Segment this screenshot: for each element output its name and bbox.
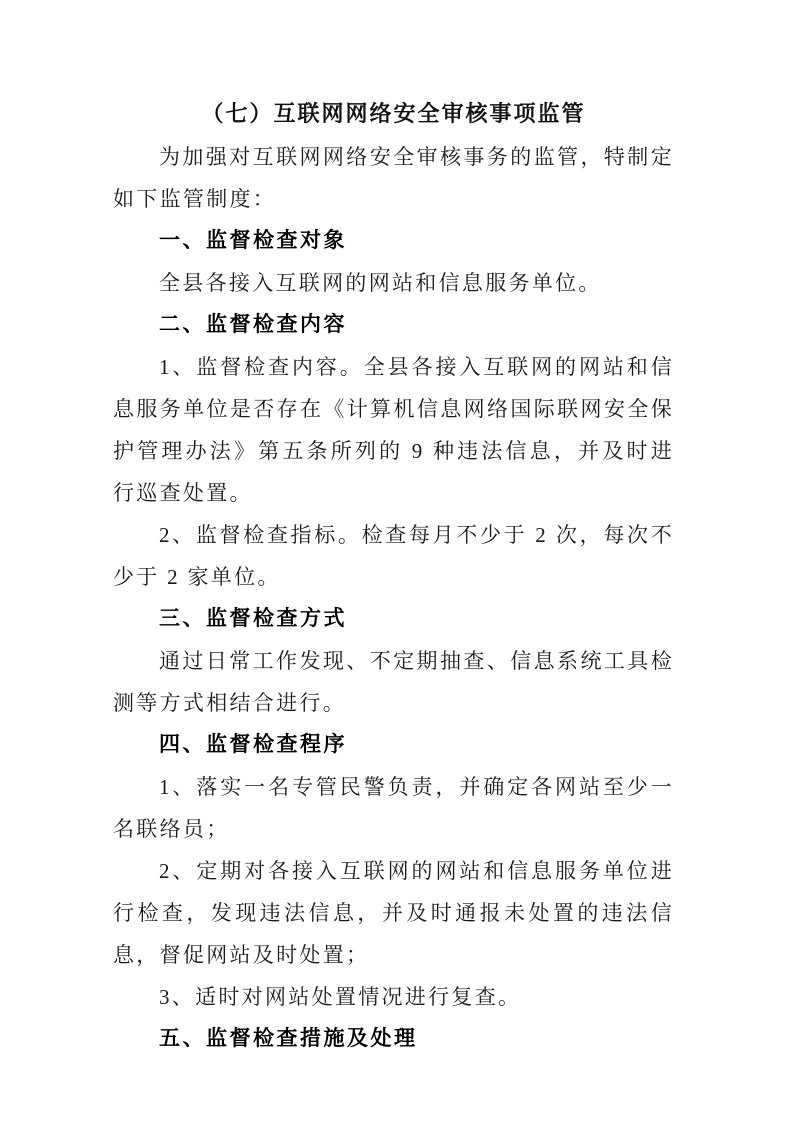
document-content: （七）互联网网络安全审核事项监管 为加强对互联网网络安全审核事务的监管，特制定如… bbox=[113, 0, 674, 1060]
section-heading-2: 二、监督检查内容 bbox=[113, 304, 674, 346]
body-paragraph-procedure-item-1: 1、落实一名专管民警负责，并确定各网站至少一名联络员； bbox=[113, 766, 674, 850]
section-heading-1: 一、监督检查对象 bbox=[113, 220, 674, 262]
section-heading-5: 五、监督检查措施及处理 bbox=[113, 1018, 674, 1060]
body-paragraph-intro: 为加强对互联网网络安全审核事务的监管，特制定如下监管制度： bbox=[113, 136, 674, 220]
section-heading-4: 四、监督检查程序 bbox=[113, 724, 674, 766]
body-paragraph-procedure-item-3: 3、适时对网站处置情况进行复查。 bbox=[113, 976, 674, 1018]
section-heading-3: 三、监督检查方式 bbox=[113, 598, 674, 640]
body-paragraph-content-item-2: 2、监督检查指标。检查每月不少于 2 次，每次不少于 2 家单位。 bbox=[113, 514, 674, 598]
body-paragraph-procedure-item-2: 2、定期对各接入互联网的网站和信息服务单位进行检查，发现违法信息，并及时通报未处… bbox=[113, 850, 674, 976]
document-title: （七）互联网网络安全审核事项监管 bbox=[113, 92, 674, 136]
body-paragraph-targets: 全县各接入互联网的网站和信息服务单位。 bbox=[113, 262, 674, 304]
document-page: （七）互联网网络安全审核事项监管 为加强对互联网网络安全审核事务的监管，特制定如… bbox=[0, 0, 793, 1122]
body-paragraph-methods: 通过日常工作发现、不定期抽查、信息系统工具检测等方式相结合进行。 bbox=[113, 640, 674, 724]
body-paragraph-content-item-1: 1、监督检查内容。全县各接入互联网的网站和信息服务单位是否存在《计算机信息网络国… bbox=[113, 346, 674, 514]
